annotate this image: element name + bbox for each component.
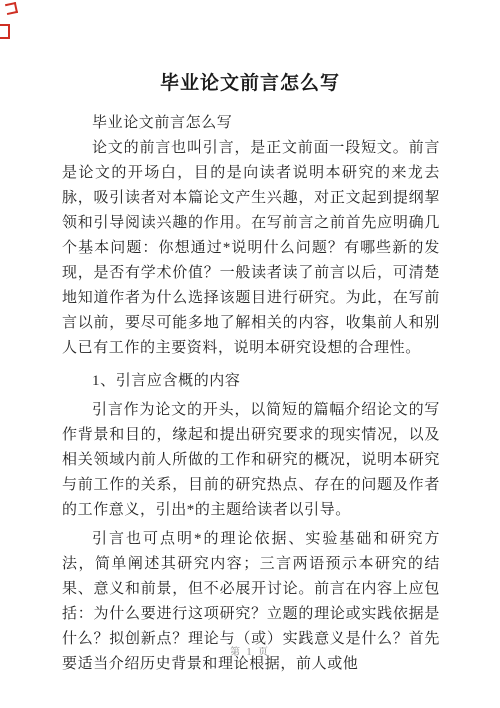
paragraph-section-body: 引言作为论文的开头，以简短的篇幅介绍论文的写作背景和目的，缘起和提出研究要求的现… <box>62 398 440 523</box>
page-number-label: 第 1 页 <box>0 643 500 658</box>
document-page: 毕业论文前言怎么写 毕业论文前言怎么写 论文的前言也叫引言，是正文前面一段短文。… <box>0 0 500 708</box>
paragraph-repeated-title: 毕业论文前言怎么写 <box>62 111 440 136</box>
paragraph-intro: 论文的前言也叫引言，是正文前面一段短文。前言是论文的开场白，目的是向读者说明本研… <box>62 136 440 361</box>
section-heading: 1、引言应含概的内容 <box>62 369 440 394</box>
page-title: 毕业论文前言怎么写 <box>0 0 500 95</box>
document-body: 毕业论文前言怎么写 论文的前言也叫引言，是正文前面一段短文。前言是论文的开场白，… <box>0 95 500 677</box>
